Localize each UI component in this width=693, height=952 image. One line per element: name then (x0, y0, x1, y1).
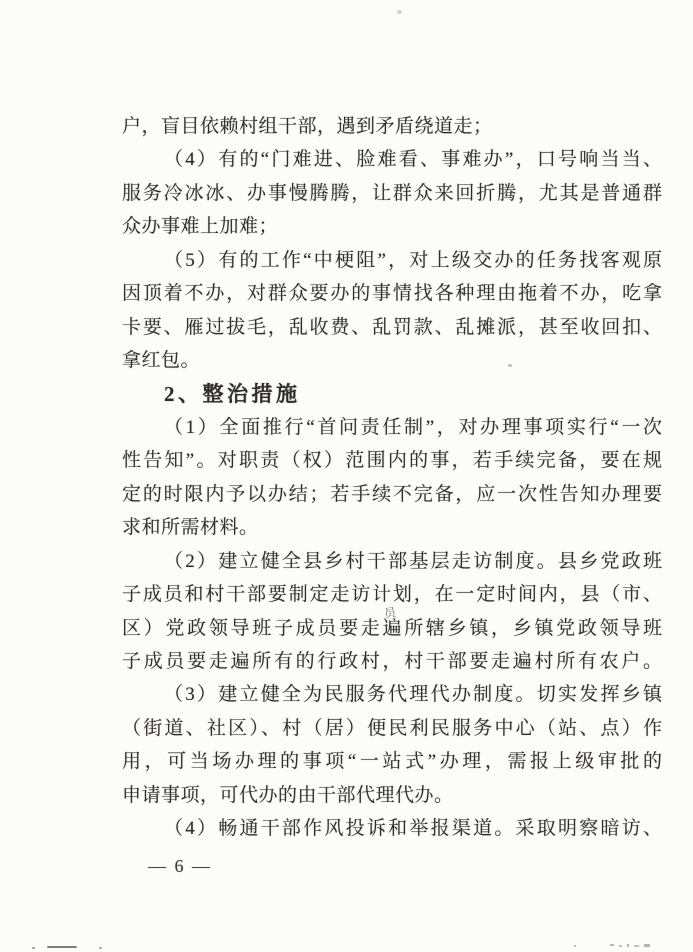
text-line: 卡要、雁过拔毛，乱收费、乱罚款、乱摊派，甚至收回扣、 (122, 311, 662, 344)
text-line: 因顶着不办，对群众要办的事情找各种理由拖着不办，吃拿 (122, 277, 662, 310)
handwritten-correction-mark: 员 (383, 603, 397, 621)
text-line: （4）有的“门难进、脸难看、事难办”，口号响当当、 (122, 143, 662, 176)
text-line: 拿红包。 (122, 344, 662, 377)
page-number: — 6 — (148, 856, 212, 877)
scanned-document-page: 户，盲目依赖村组干部，遇到矛盾绕道走；（4）有的“门难进、脸难看、事难办”，口号… (0, 0, 693, 952)
text-line: 定的时限内予以办结；若手续不完备，应一次性告知办理要 (122, 478, 662, 511)
text-line: 户，盲目依赖村组干部，遇到矛盾绕道走； (122, 110, 662, 143)
scan-artifact-bottom-right-dot (574, 945, 576, 947)
section-heading: 2、整治措施 (122, 378, 662, 411)
text-line: 众办事难上加难； (122, 210, 662, 243)
text-line: 性告知”。对职责（权）范围内的事，若手续完备，要在规 (122, 444, 662, 477)
text-line: 求和所需材料。 (122, 511, 662, 544)
text-line: 服务冷冰冰、办事慢腾腾，让群众来回折腾，尤其是普通群 (122, 177, 662, 210)
scan-artifact-bottom-left-dot (32, 947, 35, 949)
scan-artifact-bottom-right-dot (610, 944, 614, 946)
scan-artifact-bottom-right-dot (627, 944, 629, 947)
scan-artifact-top-dot (397, 10, 402, 14)
scan-artifact-bottom-right-dot (644, 944, 650, 947)
text-line: （5）有的工作“中梗阻”，对上级交办的任务找客观原 (122, 244, 662, 277)
text-line: （街道、社区）、村（居）便民利民服务中心（站、点）作 (122, 712, 662, 745)
scan-artifact-bottom-left-dot2 (99, 947, 102, 949)
scan-artifact-bottom-right-dot (634, 945, 639, 947)
text-line: 用，可当场办理的事项“一站式”办理，需报上级审批的 (122, 745, 662, 778)
text-line: （3）建立健全为民服务代理代办制度。切实发挥乡镇 (122, 678, 662, 711)
text-line: （1）全面推行“首问责任制”，对办理事项实行“一次 (122, 411, 662, 444)
scan-artifact-bottom-left-line (47, 946, 77, 948)
text-line: （2）建立健全县乡村干部基层走访制度。县乡党政班 (122, 545, 662, 578)
scan-artifact-bottom-right-dot (619, 945, 622, 947)
text-block: 户，盲目依赖村组干部，遇到矛盾绕道走；（4）有的“门难进、脸难看、事难办”，口号… (122, 110, 662, 846)
text-line: 子成员要走遍所有的行政村，村干部要走遍村所有农户。 (122, 645, 662, 678)
text-line: （4）畅通干部作风投诉和举报渠道。采取明察暗访、 (122, 812, 662, 845)
text-line: 申请事项，可代办的由干部代理代办。 (122, 779, 662, 812)
